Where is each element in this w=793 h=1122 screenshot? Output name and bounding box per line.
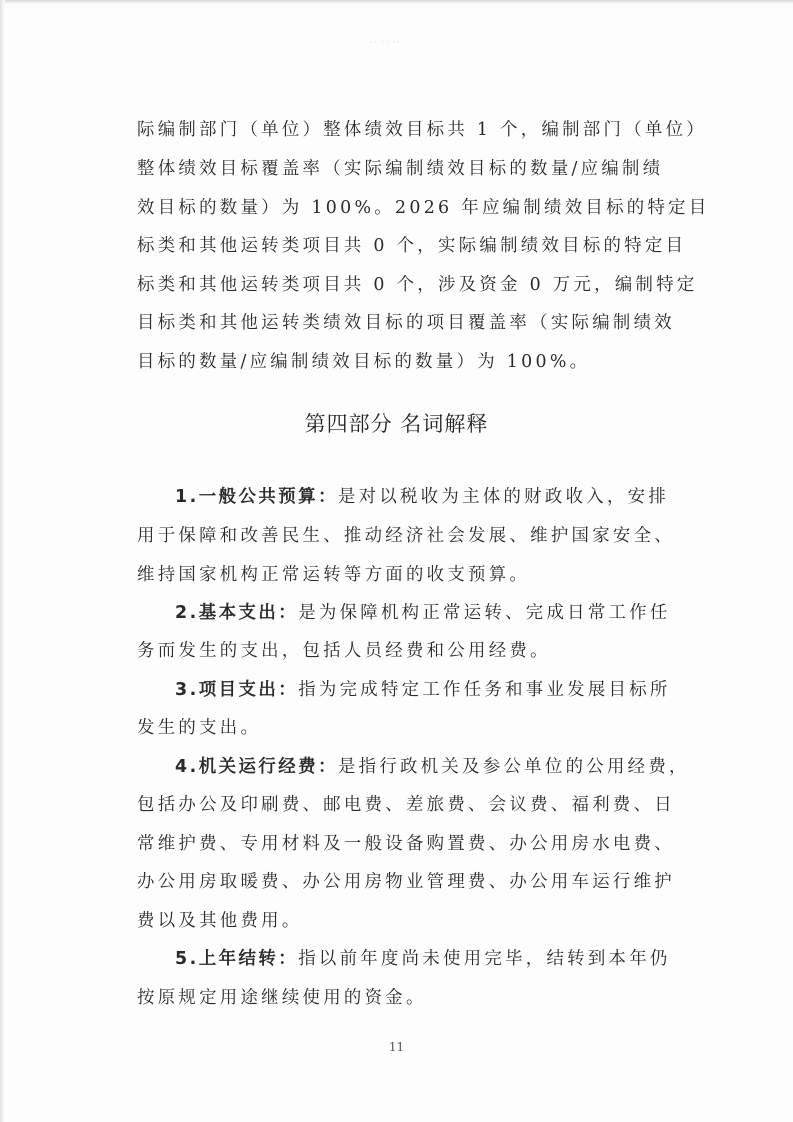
definition-text: 指为完成特定工作任务和事业发展目标所 bbox=[298, 680, 670, 700]
definition-text: 是指行政机关及参公单位的公用经费， bbox=[338, 757, 690, 777]
definition-line: 费以及其他费用。 bbox=[137, 911, 667, 931]
definition-number: 4. bbox=[175, 757, 199, 777]
definition-number: 3. bbox=[175, 680, 199, 700]
scan-edge-top bbox=[0, 0, 793, 4]
section-heading: 第四部分 名词解释 bbox=[0, 408, 793, 438]
definition-first-line: 5.上年结转：指以前年度尚未使用完毕，结转到本年仍 bbox=[175, 949, 705, 969]
definition-text: 是为保障机构正常运转、完成日常工作任 bbox=[298, 603, 670, 623]
definition-term: 上年结转： bbox=[199, 949, 298, 969]
definition-first-line: 4.机关运行经费：是指行政机关及参公单位的公用经费， bbox=[175, 757, 705, 777]
scan-edge-left bbox=[0, 0, 5, 1122]
definition-term: 机关运行经费： bbox=[199, 757, 338, 777]
definition-first-line: 2.基本支出：是为保障机构正常运转、完成日常工作任 bbox=[175, 603, 705, 623]
definition-term: 基本支出： bbox=[199, 603, 298, 623]
definition-line: 按原规定用途继续使用的资金。 bbox=[137, 988, 667, 1008]
paragraph-line: 际编制部门（单位）整体绩效目标共 1 个，编制部门（单位） bbox=[137, 120, 667, 140]
paragraph-line: 标类和其他运转类项目共 0 个，涉及资金 0 万元，编制特定 bbox=[137, 275, 667, 295]
definition-line: 常维护费、专用材料及一般设备购置费、办公用房水电费、 bbox=[137, 834, 667, 854]
definition-first-line: 1.一般公共预算：是对以税收为主体的财政收入，安排 bbox=[175, 487, 705, 507]
definition-line: 发生的支出。 bbox=[137, 718, 667, 738]
definition-line: 用于保障和改善民生、推动经济社会发展、维护国家安全、 bbox=[137, 526, 667, 546]
paragraph-line: 目标类和其他运转类绩效目标的项目覆盖率（实际编制绩效 bbox=[137, 313, 667, 333]
definition-term: 一般公共预算： bbox=[199, 487, 338, 507]
page-number: 11 bbox=[0, 1040, 793, 1054]
definition-line: 办公用房取暖费、办公用房物业管理费、办公用车运行维护 bbox=[137, 872, 667, 892]
document-page: ·· ·· ·· 际编制部门（单位）整体绩效目标共 1 个，编制部门（单位） 整… bbox=[0, 0, 793, 1122]
definition-first-line: 3.项目支出：指为完成特定工作任务和事业发展目标所 bbox=[175, 680, 705, 700]
faint-header-mark: ·· ·· ·· bbox=[370, 38, 401, 48]
paragraph-line: 标类和其他运转类项目共 0 个，实际编制绩效目标的特定目 bbox=[137, 236, 667, 256]
definition-text: 指以前年度尚未使用完毕，结转到本年仍 bbox=[298, 949, 670, 969]
definition-line: 包括办公及印刷费、邮电费、差旅费、会议费、福利费、日 bbox=[137, 795, 667, 815]
paragraph-line: 效目标的数量）为 100%。2026 年应编制绩效目标的特定目 bbox=[137, 198, 667, 218]
definition-term: 项目支出： bbox=[199, 680, 298, 700]
definition-line: 务而发生的支出，包括人员经费和公用经费。 bbox=[137, 641, 667, 661]
definition-line: 维持国家机构正常运转等方面的收支预算。 bbox=[137, 565, 667, 585]
paragraph-line: 目标的数量/应编制绩效目标的数量）为 100%。 bbox=[137, 352, 667, 372]
definition-number: 1. bbox=[175, 487, 199, 507]
definition-number: 5. bbox=[175, 949, 199, 969]
definition-text: 是对以税收为主体的财政收入，安排 bbox=[338, 487, 669, 507]
definition-number: 2. bbox=[175, 603, 199, 623]
paragraph-line: 整体绩效目标覆盖率（实际编制绩效目标的数量/应编制绩 bbox=[137, 159, 667, 179]
